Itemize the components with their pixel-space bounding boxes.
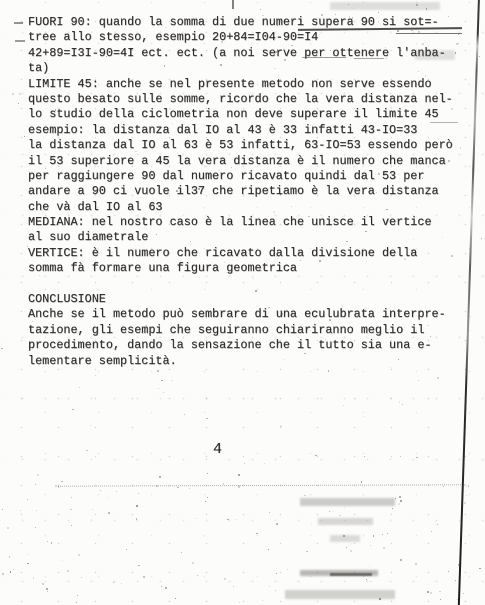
- text-line: CONCLUSIONE: [28, 292, 478, 307]
- typewritten-text: FUORI 90: quando la somma di due numeri …: [28, 15, 478, 369]
- stray-vertical-mark: [232, 0, 234, 9]
- text-line: andare a 90 ci vuole il37 che ripetiamo …: [28, 184, 478, 199]
- fold-line-artifact: [55, 484, 465, 486]
- text-line: MEDIANA: nel nostro caso è la linea che …: [28, 215, 478, 230]
- text-line: che và dal IO al 63: [28, 200, 478, 215]
- margin-dash-artifact: [15, 40, 25, 42]
- text-line: tree allo stesso, esempio 20+84=I04-90=I…: [28, 30, 478, 45]
- text-line: [28, 277, 478, 292]
- text-line: Anche se il metodo può sembrare di una e…: [28, 307, 478, 322]
- text-line: per raggiungere 90 dal numero ricavato q…: [28, 169, 478, 184]
- text-line: al suo diametrale: [28, 230, 478, 245]
- text-line: tazione, gli esempi che seguiranno chiar…: [28, 323, 478, 338]
- page-number: 4: [213, 441, 222, 458]
- text-line: la distanza dal IO al 63 è 53 infatti, 6…: [28, 138, 478, 153]
- text-line: ta): [28, 61, 478, 76]
- margin-dash-artifact: [14, 22, 23, 24]
- smudge-artifact: [300, 570, 378, 576]
- smudge-artifact: [318, 518, 373, 525]
- text-line: VERTICE: è il numero che ricavato dalla …: [28, 246, 478, 261]
- text-line: somma fà formare una figura geometrica: [28, 261, 478, 276]
- text-line: lo studio della ciclometria non deve sup…: [28, 107, 478, 122]
- text-line: questo besato sulle somme, ricordo che l…: [28, 92, 478, 107]
- text-line: lementare semplicità.: [28, 354, 478, 369]
- smudge-artifact: [330, 2, 440, 10]
- text-line: FUORI 90: quando la somma di due numeri …: [28, 15, 478, 30]
- smudge-artifact: [300, 498, 395, 506]
- text-line: procedimento, dando la sensazione che il…: [28, 338, 478, 353]
- scanned-page: FUORI 90: quando la somma di due numeri …: [0, 0, 485, 605]
- text-line: il 53 superiore a 45 la vera distanza è …: [28, 154, 478, 169]
- text-line: LIMITE 45: anche se nel presente metodo …: [28, 77, 478, 92]
- text-line: 42+89=I3I-90=4I ect. ect. (a noi serve p…: [28, 46, 478, 61]
- smudge-artifact: [330, 573, 372, 576]
- smudge-artifact: [330, 535, 360, 542]
- smudge-artifact: [285, 590, 395, 599]
- text-line: esempio: la distanza dal IO al 43 è 33 i…: [28, 123, 478, 138]
